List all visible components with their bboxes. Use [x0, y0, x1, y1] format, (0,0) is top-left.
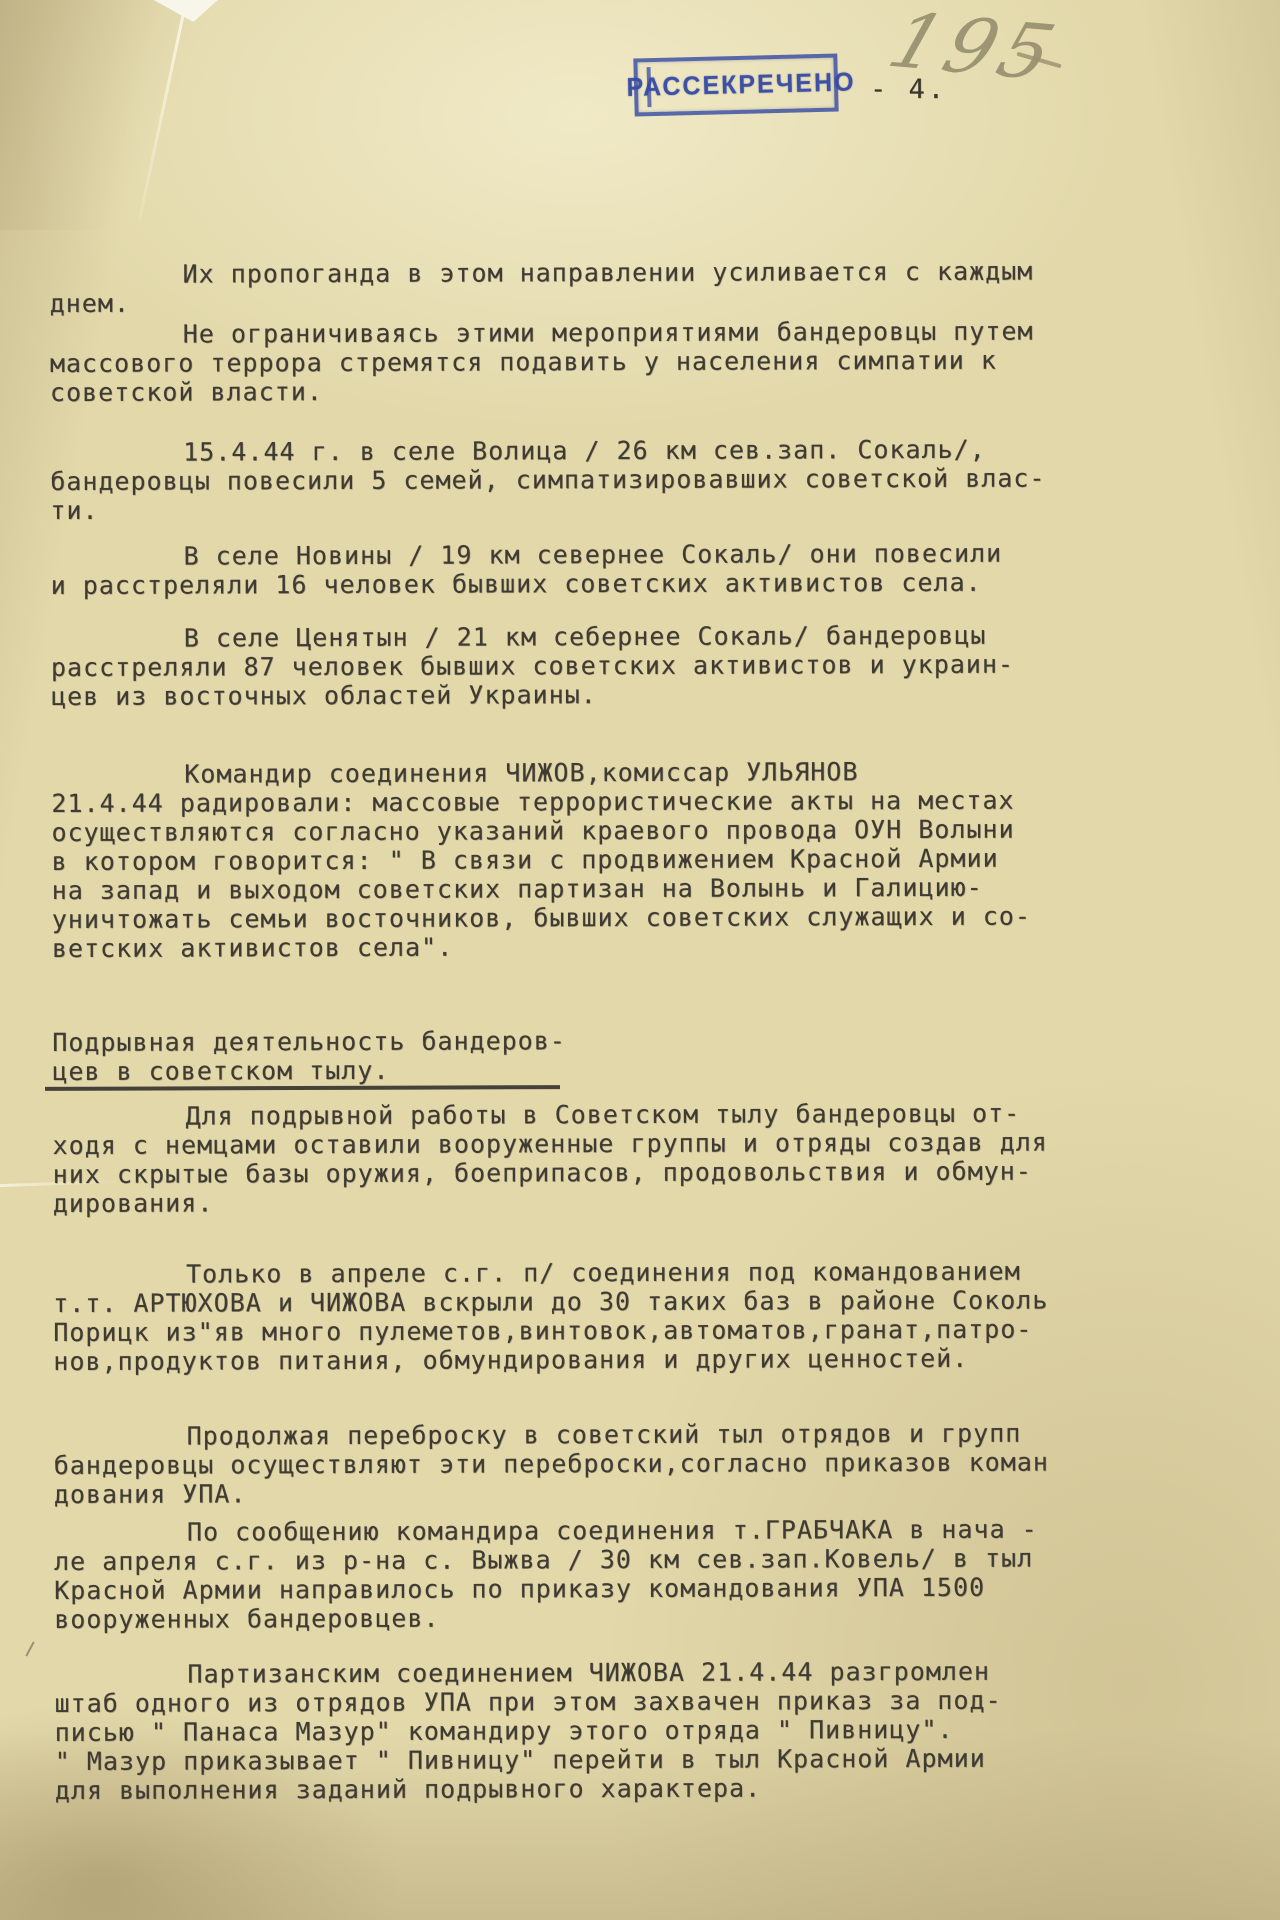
- paragraph: Командир соединения ЧИЖОВ,комиссар УЛЬЯН…: [51, 756, 1092, 963]
- text-line: ле апреля с.г. из р-на с. Выжва / 30 км …: [54, 1543, 1094, 1576]
- text-line: Командир соединения ЧИЖОВ,комиссар УЛЬЯН…: [51, 756, 1091, 789]
- text-line: ветских активистов села".: [52, 930, 1092, 963]
- paragraph: В селе Новины / 19 км севернее Сокаль/ о…: [51, 538, 1091, 600]
- paragraph: Не ограничиваясь этими мероприятиями бан…: [50, 316, 1090, 407]
- text-line: По сообщению командира соединения т.ГРАБ…: [54, 1514, 1094, 1547]
- text-line: " Мазур приказывает " Пивницу" перейти в…: [55, 1743, 1095, 1776]
- paragraph: Партизанским соединением ЧИЖОВА 21.4.44 …: [54, 1656, 1094, 1805]
- paragraph: По сообщению командира соединения т.ГРАБ…: [54, 1514, 1094, 1634]
- text-line: массового террора стремятся подавить у н…: [50, 345, 1090, 378]
- scanned-document-page: РАССЕКРЕЧЕНО 195 - 4. Их пропоганда в эт…: [0, 0, 1280, 1920]
- text-line: дования УПА.: [54, 1476, 1094, 1509]
- text-line: Их пропоганда в этом направлении усилива…: [50, 256, 1090, 289]
- text-line: дирования.: [53, 1185, 1093, 1218]
- paragraph: В селе Ценятын / 21 км себернее Сокаль/ …: [51, 620, 1091, 711]
- text-line: бандеровцы повесили 5 семей, симпатизиро…: [50, 463, 1090, 496]
- text-line: Только в апреле с.г. п/ соединения под к…: [53, 1256, 1093, 1289]
- text-line: на запад и выходом советских партизан на…: [52, 872, 1092, 905]
- text-line: 21.4.44 радировали: массовые террористич…: [51, 785, 1091, 818]
- paragraph: 15.4.44 г. в селе Волица / 26 км сев.зап…: [50, 434, 1090, 525]
- text-line: расстреляли 87 человек бывших советских …: [51, 649, 1091, 682]
- text-line: Для подрывной работы в Советском тылу ба…: [52, 1098, 1092, 1131]
- text-line: ходя с немцами оставили вооруженные груп…: [53, 1127, 1093, 1160]
- text-line: Порицк из"яв много пулеметов,винтовок,ав…: [53, 1314, 1093, 1347]
- text-line: т.т. АРТЮХОВА и ЧИЖОВА вскрыли до 30 так…: [53, 1285, 1093, 1318]
- text-line: В селе Новины / 19 км севернее Сокаль/ о…: [51, 538, 1091, 571]
- paragraph: Их пропоганда в этом направлении усилива…: [50, 256, 1090, 318]
- text-line: днем.: [50, 285, 1090, 318]
- paragraph: Для подрывной работы в Советском тылу ба…: [52, 1098, 1092, 1218]
- text-line: осуществляются согласно указаний краевог…: [52, 814, 1092, 847]
- text-line: писью " Панаса Мазур" командиру этого от…: [55, 1714, 1095, 1747]
- document-body: Их пропоганда в этом направлении усилива…: [0, 0, 1280, 1920]
- heading-line: цев в советском тылу.: [52, 1053, 1092, 1086]
- text-line: бандеровцы осуществляют эти переброски,с…: [54, 1447, 1094, 1480]
- text-line: них скрытые базы оружия, боеприпасов, пр…: [53, 1156, 1093, 1189]
- text-line: вооруженных бандеровцев.: [54, 1601, 1094, 1634]
- text-line: нов,продуктов питания, обмундирования и …: [53, 1343, 1093, 1376]
- text-line: Не ограничиваясь этими мероприятиями бан…: [50, 316, 1090, 349]
- text-line: В селе Ценятын / 21 км себернее Сокаль/ …: [51, 620, 1091, 653]
- text-line: 15.4.44 г. в селе Волица / 26 км сев.зап…: [50, 434, 1090, 467]
- text-line: Продолжая переброску в советский тыл отр…: [54, 1418, 1094, 1451]
- heading-line: Подрывная деятельность бандеров-: [52, 1024, 1092, 1057]
- text-line: и расстреляли 16 человек бывших советски…: [51, 567, 1091, 600]
- text-line: уничтожать семьи восточников, бывших сов…: [52, 901, 1092, 934]
- text-line: советской власти.: [50, 374, 1090, 407]
- paragraph: Продолжая переброску в советский тыл отр…: [54, 1418, 1094, 1509]
- text-line: в котором говорится: " В связи с продвиж…: [52, 843, 1092, 876]
- text-line: ти.: [50, 492, 1090, 525]
- text-line: Партизанским соединением ЧИЖОВА 21.4.44 …: [54, 1656, 1094, 1689]
- text-line: штаб одного из отрядов УПА при этом захв…: [55, 1685, 1095, 1718]
- paragraph: Только в апреле с.г. п/ соединения под к…: [53, 1256, 1093, 1376]
- text-line: Красной Армии направилось по приказу ком…: [54, 1572, 1094, 1605]
- section-heading: Подрывная деятельность бандеров-цев в со…: [52, 1024, 1092, 1086]
- text-line: для выполнения заданий подрывного характ…: [55, 1772, 1095, 1805]
- text-line: цев из восточных областей Украины.: [51, 678, 1091, 711]
